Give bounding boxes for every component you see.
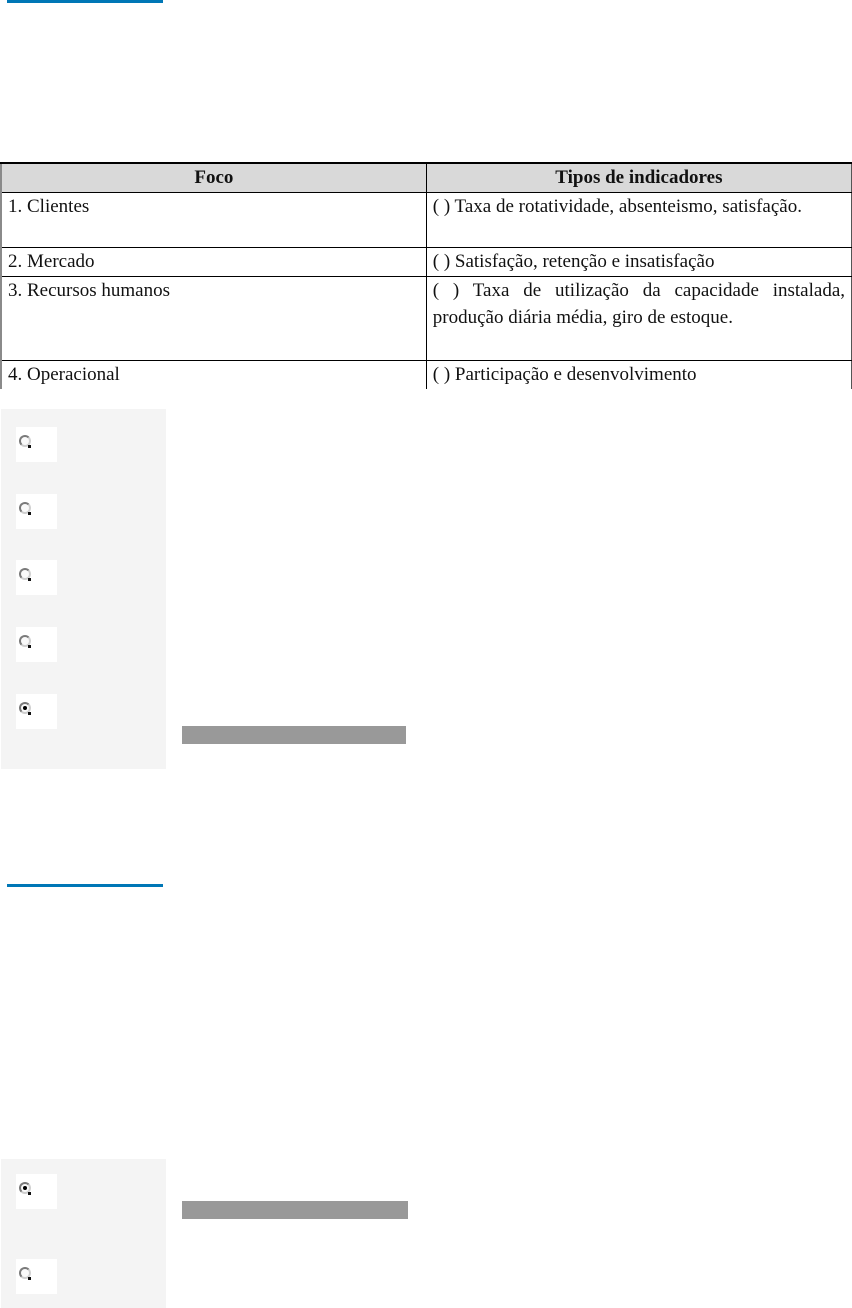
cell-foco: 1. Clientes	[1, 193, 426, 248]
cell-indicador: ( ) Taxa de rotatividade, absenteismo, s…	[426, 193, 851, 248]
table-row: 3. Recursos humanos ( ) Taxa de utilizaç…	[1, 277, 852, 361]
option-e-radio[interactable]	[16, 694, 57, 729]
cell-foco: 2. Mercado	[1, 248, 426, 277]
cell-indicador: ( ) Satisfação, retenção e insatisfação	[426, 248, 851, 277]
option-b-radio[interactable]	[16, 494, 57, 529]
cell-foco: 3. Recursos humanos	[1, 277, 426, 361]
table-header-row: Foco Tipos de indicadores	[1, 163, 852, 193]
cell-indicador: ( ) Participação e desenvolvimento	[426, 361, 851, 390]
answer-feedback-bar	[182, 1201, 408, 1219]
radio-unchecked-icon	[19, 568, 31, 580]
option-d-radio[interactable]	[16, 627, 57, 662]
radio-unchecked-icon	[19, 1267, 31, 1279]
question-separator-rule	[7, 0, 163, 3]
indicators-table: Foco Tipos de indicadores 1. Clientes ( …	[0, 162, 852, 389]
question-separator-rule	[7, 884, 163, 887]
table-row: 4. Operacional ( ) Participação e desenv…	[1, 361, 852, 390]
option-a-radio[interactable]	[16, 1174, 57, 1209]
cell-indicador: ( ) Taxa de utilização da capacidade ins…	[426, 277, 851, 361]
answer-options-panel	[1, 1159, 166, 1308]
header-foco: Foco	[1, 163, 426, 193]
radio-unchecked-icon	[19, 635, 31, 647]
header-tipos-de-indicadores: Tipos de indicadores	[426, 163, 851, 193]
radio-checked-icon	[19, 702, 31, 714]
radio-unchecked-icon	[19, 502, 31, 514]
answer-options-panel	[1, 409, 166, 769]
table-row: 2. Mercado ( ) Satisfação, retenção e in…	[1, 248, 852, 277]
radio-unchecked-icon	[19, 435, 31, 447]
option-c-radio[interactable]	[16, 560, 57, 595]
table-row: 1. Clientes ( ) Taxa de rotatividade, ab…	[1, 193, 852, 248]
option-b-radio[interactable]	[16, 1259, 57, 1294]
answer-feedback-bar	[182, 726, 406, 744]
radio-checked-icon	[19, 1182, 31, 1194]
cell-foco: 4. Operacional	[1, 361, 426, 390]
option-a-radio[interactable]	[16, 427, 57, 462]
